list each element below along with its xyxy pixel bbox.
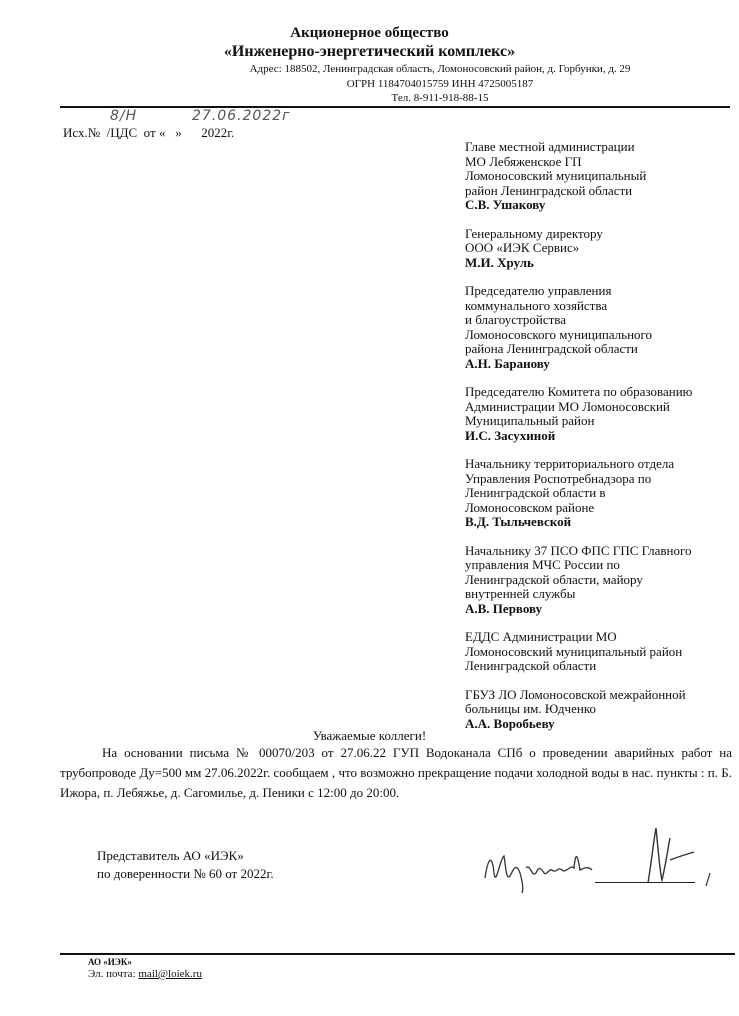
addressee-line: района Ленинградской области — [465, 342, 739, 357]
addressee-line: МО Лебяженское ГП — [465, 155, 739, 170]
signatory-role: Представитель АО «ИЭК» по доверенности №… — [97, 847, 274, 883]
addressee-block: ЕДДС Администрации МОЛомоносовский муниц… — [465, 630, 739, 674]
addressee-line: больницы им. Юдченко — [465, 702, 739, 717]
addressee-list: Главе местной администрацииМО Лебяженско… — [465, 140, 739, 745]
addressee-line: Ленинградской области — [465, 659, 739, 674]
outgoing-number: Исх.№ /ЦДС от « » 2022г. — [63, 125, 234, 141]
signature-line — [595, 882, 695, 883]
handwritten-out-number: 8/Н — [110, 108, 137, 124]
addressee-line: коммунального хозяйства — [465, 299, 739, 314]
addressee-line: Начальнику 37 ПСО ФПС ГПС Главного — [465, 544, 739, 559]
addressee-block: Председателю управлениякоммунального хоз… — [465, 284, 739, 371]
handwritten-date: 27.06.2022г — [192, 108, 291, 124]
addressee-line: ООО «ИЭК Сервис» — [465, 241, 739, 256]
org-name: «Инженерно-энергетический комплекс» — [0, 43, 739, 61]
org-type: Акционерное общество — [0, 25, 739, 42]
addressee-line: Начальнику территориального отдела — [465, 457, 739, 472]
footer-email-label: Эл. почта: — [88, 968, 138, 980]
org-phone: Тел. 8-911-918-88-15 — [140, 92, 739, 104]
addressee-name: И.С. Засухиной — [465, 429, 739, 444]
addressee-name: М.И. Хруль — [465, 256, 739, 271]
greeting: Уважаемые коллеги! — [0, 728, 739, 744]
signatory-role-line2: по доверенности № 60 от 2022г. — [97, 865, 274, 883]
addressee-line: Управления Роспотребнадзора по — [465, 472, 739, 487]
addressee-block: Начальнику 37 ПСО ФПС ГПС Главногоуправл… — [465, 544, 739, 617]
handwritten-signature — [480, 818, 720, 898]
email-link[interactable]: mail@loiek.ru — [138, 968, 202, 980]
addressee-name: В.Д. Тыльчевской — [465, 515, 739, 530]
addressee-line: ЕДДС Администрации МО — [465, 630, 739, 645]
addressee-line: Ленинградской области, майору — [465, 573, 739, 588]
addressee-block: ГБУЗ ЛО Ломоносовской межрайоннойбольниц… — [465, 688, 739, 732]
footer-email: Эл. почта: mail@loiek.ru — [88, 968, 202, 980]
addressee-line: Ломоносовского муниципального — [465, 328, 739, 343]
addressee-line: Генеральному директору — [465, 227, 739, 242]
addressee-line: управления МЧС России по — [465, 558, 739, 573]
org-address: Адрес: 188502, Ленинградская область, Ло… — [140, 63, 739, 75]
addressee-line: ГБУЗ ЛО Ломоносовской межрайонной — [465, 688, 739, 703]
addressee-block: Генеральному директоруООО «ИЭК Сервис»М.… — [465, 227, 739, 271]
addressee-line: Председателю управления — [465, 284, 739, 299]
letter-body: На основании письма № 00070/203 от 27.06… — [60, 743, 732, 803]
addressee-line: внутренней службы — [465, 587, 739, 602]
addressee-name: С.В. Ушакову — [465, 198, 739, 213]
signatory-role-line1: Представитель АО «ИЭК» — [97, 847, 274, 865]
footer-divider — [60, 953, 735, 955]
addressee-line: Ломоносовский муниципальный — [465, 169, 739, 184]
header-divider — [60, 106, 730, 108]
addressee-block: Председателю Комитета по образованиюАдми… — [465, 385, 739, 443]
addressee-name: А.Н. Баранову — [465, 357, 739, 372]
footer-org: АО «ИЭК» — [88, 957, 132, 967]
org-registration: ОГРН 1184704015759 ИНН 4725005187 — [140, 78, 739, 90]
addressee-line: Муниципальный район — [465, 414, 739, 429]
addressee-line: район Ленинградской области — [465, 184, 739, 199]
addressee-name: А.В. Первову — [465, 602, 739, 617]
addressee-line: Ленинградской области в — [465, 486, 739, 501]
addressee-block: Главе местной администрацииМО Лебяженско… — [465, 140, 739, 213]
addressee-line: Администрации МО Ломоносовский — [465, 400, 739, 415]
addressee-block: Начальнику территориального отделаУправл… — [465, 457, 739, 530]
addressee-line: и благоустройства — [465, 313, 739, 328]
addressee-line: Председателю Комитета по образованию — [465, 385, 739, 400]
addressee-line: Главе местной администрации — [465, 140, 739, 155]
addressee-line: Ломоносовском районе — [465, 501, 739, 516]
addressee-line: Ломоносовский муниципальный район — [465, 645, 739, 660]
